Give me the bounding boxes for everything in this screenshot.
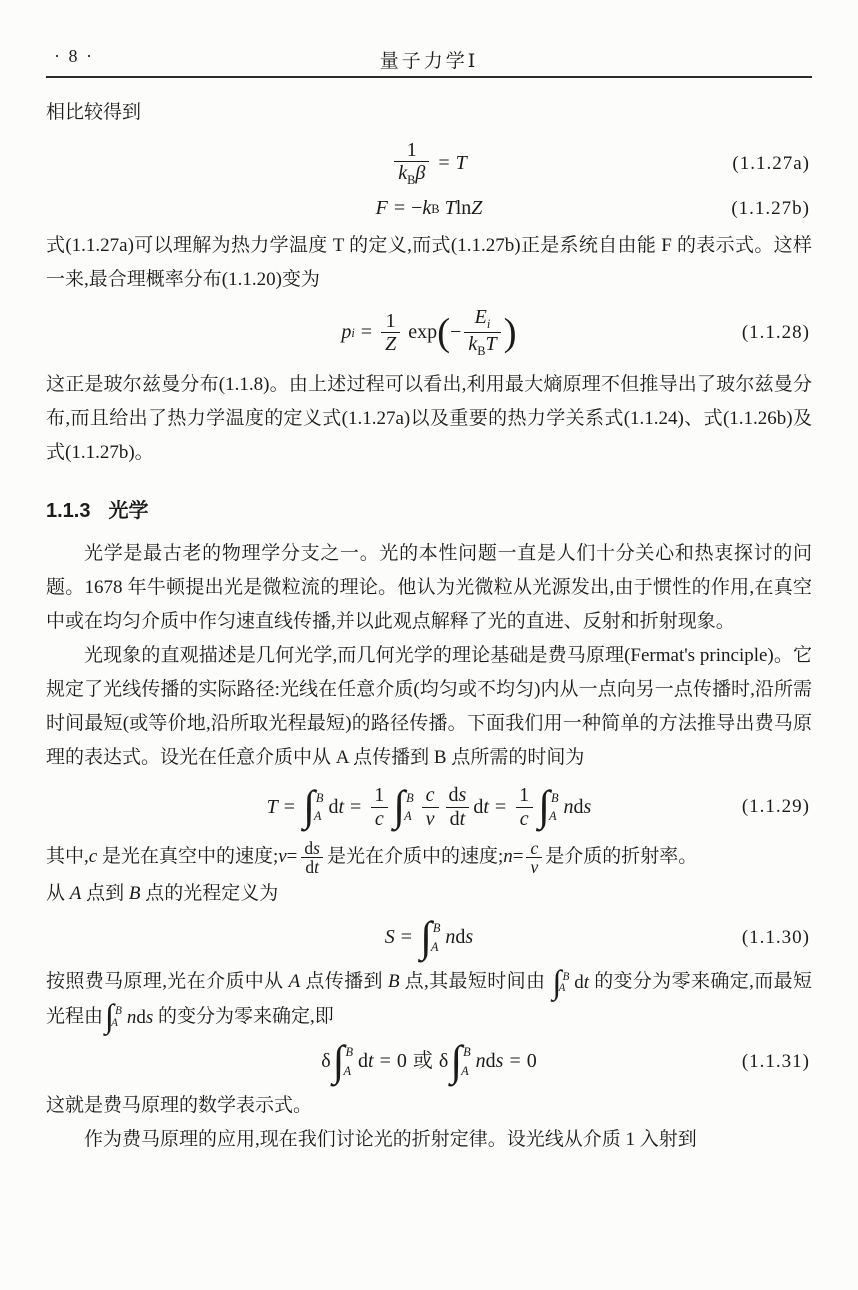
fraction-denominator: v — [422, 807, 439, 830]
integral-limits: BA — [115, 1006, 122, 1029]
text-fragment: 点到 — [81, 883, 129, 904]
upper-limit: B — [345, 1046, 353, 1058]
equation-label: (1.1.27b) — [731, 198, 810, 220]
sub-B: B — [477, 344, 485, 358]
var-c: c — [520, 808, 529, 830]
integral-limits: BA — [433, 922, 441, 953]
lower-limit: A — [341, 1065, 353, 1077]
differential-d: d — [305, 857, 314, 877]
var-A: A — [70, 883, 82, 904]
paragraph-fermat-statement: 按照费马原理,光在介质中从 A 点传播到 B 点,其最短时间由 ∫BAdt 的变… — [46, 965, 812, 1034]
page-header: · 8 · 量子力学Ⅰ — [46, 46, 812, 78]
lower-limit: A — [429, 941, 441, 953]
equals-sign: = — [361, 321, 372, 344]
var-n: n — [503, 846, 513, 867]
equation-1-1-30: S = ∫ BA nds (1.1.30) — [46, 920, 812, 957]
equals-sign: = — [394, 197, 405, 220]
var-Z: Z — [385, 333, 396, 355]
differential-d: d — [473, 796, 483, 819]
differential-d: d — [449, 784, 459, 806]
sub-i: i — [351, 326, 354, 340]
fraction-numerator: 1 — [382, 310, 400, 332]
equals-sign: = — [401, 926, 412, 949]
paragraph-math-expression: 这就是费马原理的数学表示式。 — [46, 1089, 812, 1123]
integral-A-to-B: ∫ BA — [303, 789, 326, 826]
var-v: v — [530, 857, 538, 877]
text-fragment: 点的光程定义为 — [141, 883, 279, 904]
text-fragment: 是光在真空中的速度; — [97, 846, 278, 867]
fraction-denominator: c — [371, 807, 388, 830]
fraction-1-over-Z: 1 Z — [381, 310, 400, 356]
section-heading: 1.1.3光学 — [46, 494, 812, 523]
paragraph-intro: 相比较得到 — [46, 96, 812, 130]
inline-integral-nds: ∫BAnds — [103, 1001, 153, 1035]
equation-body: F = − kB T lnZ — [376, 197, 483, 220]
equals-sign: = — [380, 1050, 391, 1073]
upper-limit: B — [463, 1046, 471, 1058]
var-s: s — [584, 796, 592, 819]
fraction-denominator: kBβ — [394, 161, 429, 188]
integral-limits: BA — [563, 972, 570, 995]
fraction-numerator: ds — [445, 784, 471, 806]
differential-d: d — [574, 966, 584, 1000]
var-B: B — [129, 883, 141, 904]
lower-limit: A — [111, 1018, 122, 1029]
var-S: S — [385, 926, 395, 949]
text-fragment: 从 — [46, 883, 70, 904]
var-c: c — [530, 838, 538, 858]
paragraph-where: 其中,c 是光在真空中的速度;v=dsdt是光在介质中的速度;n=cv是介质的折… — [46, 839, 812, 877]
differential-d: d — [304, 838, 313, 858]
var-v: v — [426, 808, 435, 830]
equals-sign: = — [513, 846, 524, 867]
delta-symbol: δ — [321, 1050, 330, 1073]
integral-A-to-B: ∫ BA — [393, 789, 416, 826]
fraction-numerator: ds — [300, 839, 324, 857]
var-T: T — [486, 333, 497, 355]
upper-limit: B — [406, 792, 414, 804]
inline-fraction-c-v: cv — [523, 839, 545, 877]
differential-d: d — [486, 1050, 496, 1073]
equation-label: (1.1.28) — [742, 322, 810, 344]
fraction-denominator: v — [526, 857, 542, 876]
lower-limit: A — [547, 810, 559, 822]
fraction-numerator: c — [526, 839, 542, 857]
paragraph-fermat-principle: 光现象的直观描述是几何光学,而几何光学的理论基础是费马原理(Fermat's p… — [46, 639, 812, 775]
var-F: F — [376, 197, 388, 220]
equation-body: δ ∫ BA dt = 0 或 δ ∫ BA nds = 0 — [321, 1044, 537, 1081]
equation-body: S = ∫ BA nds — [385, 920, 473, 957]
upper-limit: B — [115, 1006, 122, 1017]
integral-limits: BA — [345, 1046, 353, 1077]
equation-1-1-29: T = ∫ BA dt = 1 c ∫ BA c v ds dt — [46, 784, 812, 830]
fraction-denominator: dt — [446, 807, 470, 830]
fraction-numerator: 1 — [370, 784, 388, 806]
var-c: c — [426, 784, 435, 806]
var-Z: Z — [471, 197, 482, 220]
fraction-numerator: 1 — [403, 139, 421, 161]
fraction-numerator: c — [422, 784, 439, 806]
zero-value: 0 — [527, 1050, 537, 1073]
equation-body: T = ∫ BA dt = 1 c ∫ BA c v ds dt — [267, 784, 592, 830]
minus-sign: − — [450, 321, 461, 344]
differential-d: d — [455, 926, 465, 949]
equation-body: pi = 1 Z exp ( − Ei kBT ) — [341, 306, 516, 359]
upper-limit: B — [551, 792, 559, 804]
inline-integral-dt: ∫BAdt — [550, 966, 589, 1000]
var-v: v — [278, 846, 286, 867]
integral-A-to-B: ∫ BA — [538, 789, 561, 826]
left-paren: ( — [437, 317, 450, 348]
paragraph-application: 作为费马原理的应用,现在我们讨论光的折射定律。设光线从介质 1 入射到 — [46, 1123, 812, 1157]
fraction-E-over-kT: Ei kBT — [464, 306, 500, 359]
inline-fraction-ds-dt: dsdt — [297, 839, 327, 877]
equals-sign: = — [287, 846, 298, 867]
var-k: k — [422, 197, 431, 220]
equation-label: (1.1.31) — [742, 1051, 810, 1073]
minus-sign: − — [411, 197, 422, 220]
or-word: 或 — [413, 1050, 433, 1073]
equals-sign: = — [350, 796, 361, 819]
differential-d: d — [358, 1050, 368, 1073]
equals-sign: = — [438, 152, 449, 175]
var-t: t — [483, 796, 489, 819]
fraction-numerator: Ei — [471, 306, 495, 332]
var-beta: β — [415, 162, 425, 184]
var-t: t — [314, 857, 319, 877]
integral-limits: BA — [551, 792, 559, 823]
integral-A-to-B: ∫ BA — [333, 1044, 356, 1081]
text-fragment: 其中, — [46, 846, 89, 867]
upper-limit: B — [563, 972, 570, 983]
integral-A-to-B: ∫ BA — [420, 920, 443, 957]
integral-limits: BA — [316, 792, 324, 823]
fraction-denominator: c — [516, 807, 533, 830]
fraction-c-over-v: c v — [422, 784, 439, 830]
fraction-1-over-c: 1 c — [515, 784, 533, 830]
var-p: p — [341, 321, 351, 344]
text-fragment: 点传播到 — [300, 971, 388, 992]
var-c: c — [89, 846, 97, 867]
var-T: T — [445, 197, 456, 220]
var-A: A — [289, 971, 301, 992]
book-title: 量子力学Ⅰ — [380, 46, 479, 73]
var-t: t — [460, 808, 466, 830]
paragraph-boltzmann: 这正是玻尔兹曼分布(1.1.8)。由上述过程可以看出,利用最大熵原理不但推导出了… — [46, 368, 812, 470]
lower-limit: A — [459, 1065, 471, 1077]
fraction-1-over-c: 1 c — [370, 784, 388, 830]
zero-value: 0 — [397, 1050, 407, 1073]
differential-d: d — [328, 796, 338, 819]
var-n: n — [564, 796, 574, 819]
var-B: B — [388, 971, 400, 992]
lower-limit: A — [559, 983, 570, 994]
section-number: 1.1.3 — [46, 500, 90, 522]
fraction-denominator: Z — [381, 332, 400, 355]
fraction-numerator: 1 — [515, 784, 533, 806]
sub-B: B — [431, 202, 439, 216]
page-number: · 8 · — [54, 46, 94, 67]
var-E: E — [475, 306, 487, 328]
text-fragment: 点,其最短时间由 — [400, 971, 551, 992]
lower-limit: A — [402, 810, 414, 822]
text-fragment: 是介质的折射率。 — [545, 846, 697, 867]
differential-d: d — [450, 808, 460, 830]
var-s: s — [465, 926, 473, 949]
integral-limits: BA — [463, 1046, 471, 1077]
paragraph-definition: 式(1.1.27a)可以理解为热力学温度 T 的定义,而式(1.1.27b)正是… — [46, 229, 812, 297]
equation-1-1-31: δ ∫ BA dt = 0 或 δ ∫ BA nds = 0 (1.1.31) — [46, 1044, 812, 1081]
var-T: T — [267, 796, 278, 819]
equation-label: (1.1.27a) — [732, 153, 810, 175]
delta-symbol: δ — [439, 1050, 448, 1073]
sub-i: i — [487, 317, 490, 331]
var-n: n — [445, 926, 455, 949]
var-n: n — [476, 1050, 486, 1073]
var-n: n — [127, 1001, 137, 1035]
textbook-page: · 8 · 量子力学Ⅰ 相比较得到 1 kBβ = T (1.1.27a) F … — [0, 0, 858, 1290]
fraction-kbeta: 1 kBβ — [394, 139, 429, 188]
paragraph-optical-path: 从 A 点到 B 点的光程定义为 — [46, 877, 812, 911]
var-T: T — [456, 152, 467, 175]
var-s: s — [313, 838, 320, 858]
lower-limit: A — [312, 810, 324, 822]
var-c: c — [375, 808, 384, 830]
integral-limits: BA — [406, 792, 414, 823]
text-fragment: 的变分为零来确定,即 — [153, 1006, 334, 1027]
text-fragment: 是光在介质中的速度; — [327, 846, 503, 867]
var-s: s — [459, 784, 467, 806]
equation-label: (1.1.30) — [742, 927, 810, 949]
var-t: t — [368, 1050, 374, 1073]
var-t: t — [338, 796, 344, 819]
equation-1-1-27b: F = − kB T lnZ (1.1.27b) — [46, 197, 812, 220]
right-paren: ) — [504, 317, 517, 348]
upper-limit: B — [433, 922, 441, 934]
ln-operator: ln — [456, 197, 472, 220]
paragraph-optics-history: 光学是最古老的物理学分支之一。光的本性问题一直是人们十分关心和热衷探讨的问题。1… — [46, 537, 812, 639]
differential-d: d — [574, 796, 584, 819]
equals-sign: = — [284, 796, 295, 819]
equation-body: 1 kBβ = T — [391, 139, 467, 188]
var-s: s — [496, 1050, 504, 1073]
integral-A-to-B: ∫ BA — [450, 1044, 473, 1081]
fraction-denominator: kBT — [464, 332, 500, 359]
section-title: 光学 — [108, 500, 148, 522]
exp-operator: exp — [408, 321, 437, 344]
differential-d: d — [136, 1001, 146, 1035]
equation-1-1-27a: 1 kBβ = T (1.1.27a) — [46, 139, 812, 188]
var-k: k — [468, 333, 477, 355]
equals-sign: = — [495, 796, 506, 819]
equation-1-1-28: pi = 1 Z exp ( − Ei kBT ) (1.1.28) — [46, 306, 812, 359]
text-fragment: 按照费马原理,光在介质中从 — [46, 971, 289, 992]
var-k: k — [398, 162, 407, 184]
equals-sign: = — [509, 1050, 520, 1073]
equation-label: (1.1.29) — [742, 796, 810, 818]
fraction-denominator: dt — [301, 857, 323, 876]
fraction-ds-over-dt: ds dt — [445, 784, 471, 830]
upper-limit: B — [316, 792, 324, 804]
